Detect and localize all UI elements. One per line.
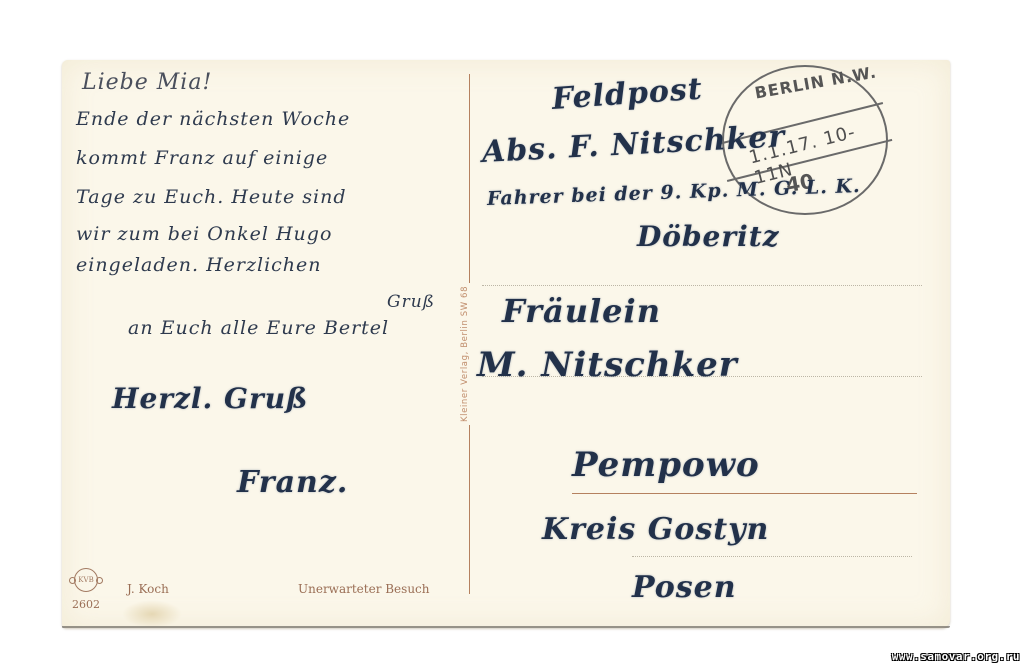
handwritten-recipient-district: Kreis Gostyn [542,512,769,547]
publisher-imprint: Kleiner Verlag, Berlin SW 68 [460,283,470,425]
handwritten-line: wir zum bei Onkel Hugo [76,223,332,245]
address-underline [572,493,917,494]
artist-name: J. Koch [127,582,169,596]
paper-stain [122,600,182,628]
handwritten-salutation: Fräulein [502,292,661,330]
handwritten-sender-location: Döberitz [637,220,780,253]
handwritten-recipient-town: Pempowo [572,445,760,485]
handwritten-greeting: Liebe Mia! [82,70,212,95]
handwritten-line: kommt Franz auf einige [76,147,328,169]
publisher-logo-icon: KVB [74,568,98,592]
handwritten-recipient-province: Posen [632,570,737,605]
catalog-number: 2602 [72,598,100,611]
handwritten-line: Ende der nächsten Woche [76,108,350,130]
site-watermark: www.samovar.org.ru [892,650,1020,663]
artwork-title: Unerwarteter Besuch [298,582,430,596]
postcard: Liebe Mia! Ende der nächsten Woche kommt… [62,60,950,628]
handwritten-feldpost: Feldpost [551,72,704,117]
handwritten-line: Gruß [387,292,435,312]
handwritten-line: Tage zu Euch. Heute sind [76,186,347,208]
handwritten-recipient: M. Nitschker [477,345,738,385]
handwritten-line: eingeladen. Herzlichen [76,254,322,276]
handwritten-line: an Euch alle Eure Bertel [128,317,389,339]
handwritten-signature: Franz. [237,465,348,500]
postmark-city: BERLIN N.W. [753,62,878,102]
address-line [632,556,912,557]
address-line [482,285,922,286]
handwritten-closing: Herzl. Gruß [112,382,308,415]
